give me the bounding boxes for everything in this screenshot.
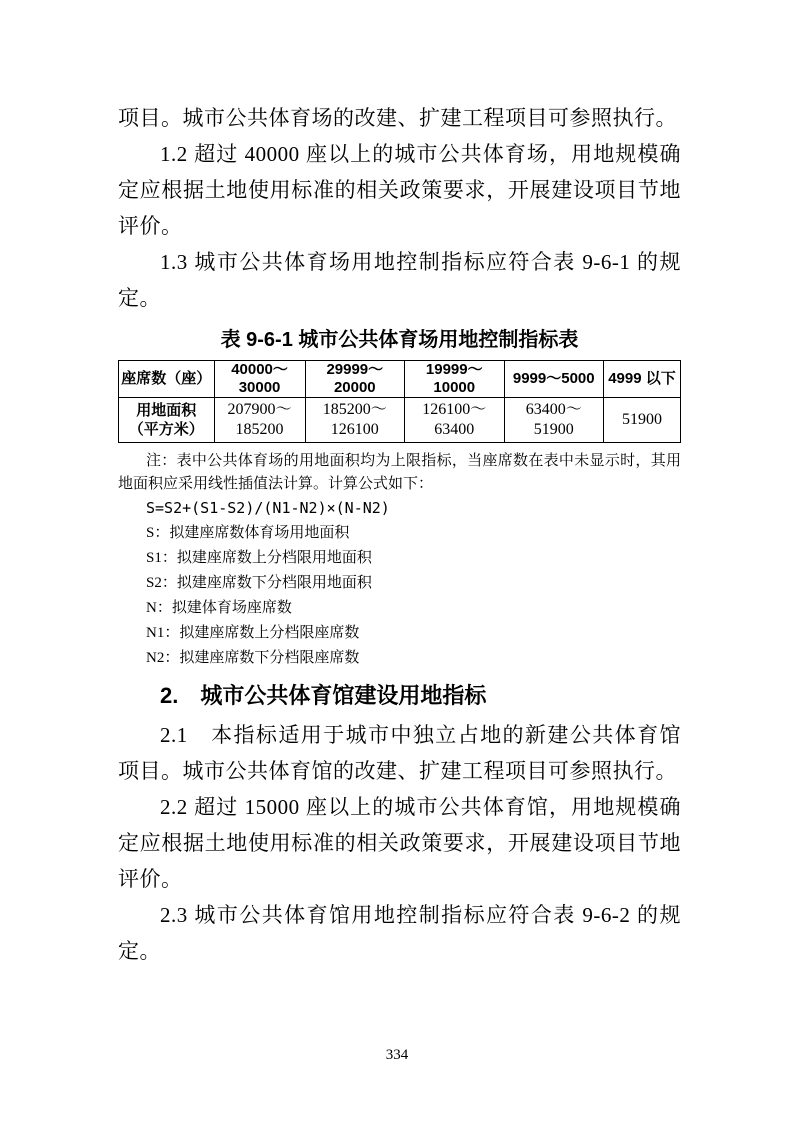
table-value-cell-2: 185200～ 126100	[305, 398, 404, 443]
value-line: 185200	[217, 420, 303, 440]
value-line: 63400	[407, 420, 501, 440]
page-number: 334	[0, 1047, 794, 1064]
table-header-cell-range-4: 9999～5000	[504, 361, 603, 398]
table-value-cell-1: 207900～ 185200	[214, 398, 305, 443]
definition-n1: N1：拟建座席数上分档限座席数	[146, 621, 681, 646]
value-line: 126100～	[407, 400, 501, 420]
table-header-cell-range-1: 40000～30000	[214, 361, 305, 398]
table-value-cell-5: 51900	[603, 398, 680, 443]
table-note: 注：表中公共体育场的用地面积均为上限指标，当座席数在表中未显示时，其用地面积应采…	[118, 450, 681, 496]
table-header-row: 座席数（座） 40000～30000 29999～20000 19999～100…	[119, 361, 681, 398]
table-data-row: 用地面积 （平方米） 207900～ 185200 185200～ 126100…	[119, 398, 681, 443]
definition-s1: S1：拟建座席数上分档限用地面积	[146, 546, 681, 571]
value-line: 63400～51900	[507, 400, 601, 440]
definition-n2: N2：拟建座席数下分档限座席数	[146, 646, 681, 671]
row-label-line-2: （平方米）	[121, 420, 212, 439]
table-header-cell-range-2: 29999～20000	[305, 361, 404, 398]
section-2-heading: 2. 城市公共体育馆建设用地指标	[118, 677, 681, 715]
paragraph-1-2: 1.2 超过 40000 座以上的城市公共体育场，用地规模确定应根据土地使用标准…	[118, 136, 681, 244]
table-value-cell-3: 126100～ 63400	[405, 398, 504, 443]
value-line: 126100	[308, 420, 402, 440]
table-header-cell-range-5: 4999 以下	[603, 361, 680, 398]
table-header-cell-range-3: 19999～10000	[405, 361, 504, 398]
definition-n: N：拟建体育场座席数	[146, 596, 681, 621]
value-line: 51900	[606, 410, 678, 430]
value-line: 185200～	[308, 400, 402, 420]
row-label-line-1: 用地面积	[121, 401, 212, 420]
table-value-cell-4: 63400～51900	[504, 398, 603, 443]
value-line: 207900～	[217, 400, 303, 420]
paragraph-2-3: 2.3 城市公共体育馆用地控制指标应符合表 9-6-2 的规定。	[118, 897, 681, 969]
document-page: 项目。城市公共体育场的改建、扩建工程项目可参照执行。 1.2 超过 40000 …	[0, 0, 794, 1122]
definition-s: S：拟建座席数体育场用地面积	[146, 521, 681, 546]
land-use-indicator-table: 座席数（座） 40000～30000 29999～20000 19999～100…	[118, 360, 681, 443]
paragraph-continuation: 项目。城市公共体育场的改建、扩建工程项目可参照执行。	[118, 100, 681, 136]
paragraph-2-2: 2.2 超过 15000 座以上的城市公共体育馆，用地规模确定应根据土地使用标准…	[118, 789, 681, 897]
definition-s2: S2：拟建座席数下分档限用地面积	[146, 571, 681, 596]
paragraph-1-3: 1.3 城市公共体育场用地控制指标应符合表 9-6-1 的规定。	[118, 244, 681, 316]
table-header-cell-seats: 座席数（座）	[119, 361, 215, 398]
table-title: 表 9-6-1 城市公共体育场用地控制指标表	[118, 326, 681, 354]
interpolation-formula: S=S2+(S1-S2)/(N1-N2)×(N-N2)	[146, 496, 681, 521]
paragraph-2-1: 2.1 本指标适用于城市中独立占地的新建公共体育馆项目。城市公共体育馆的改建、扩…	[118, 717, 681, 789]
row-label-cell: 用地面积 （平方米）	[119, 398, 215, 443]
